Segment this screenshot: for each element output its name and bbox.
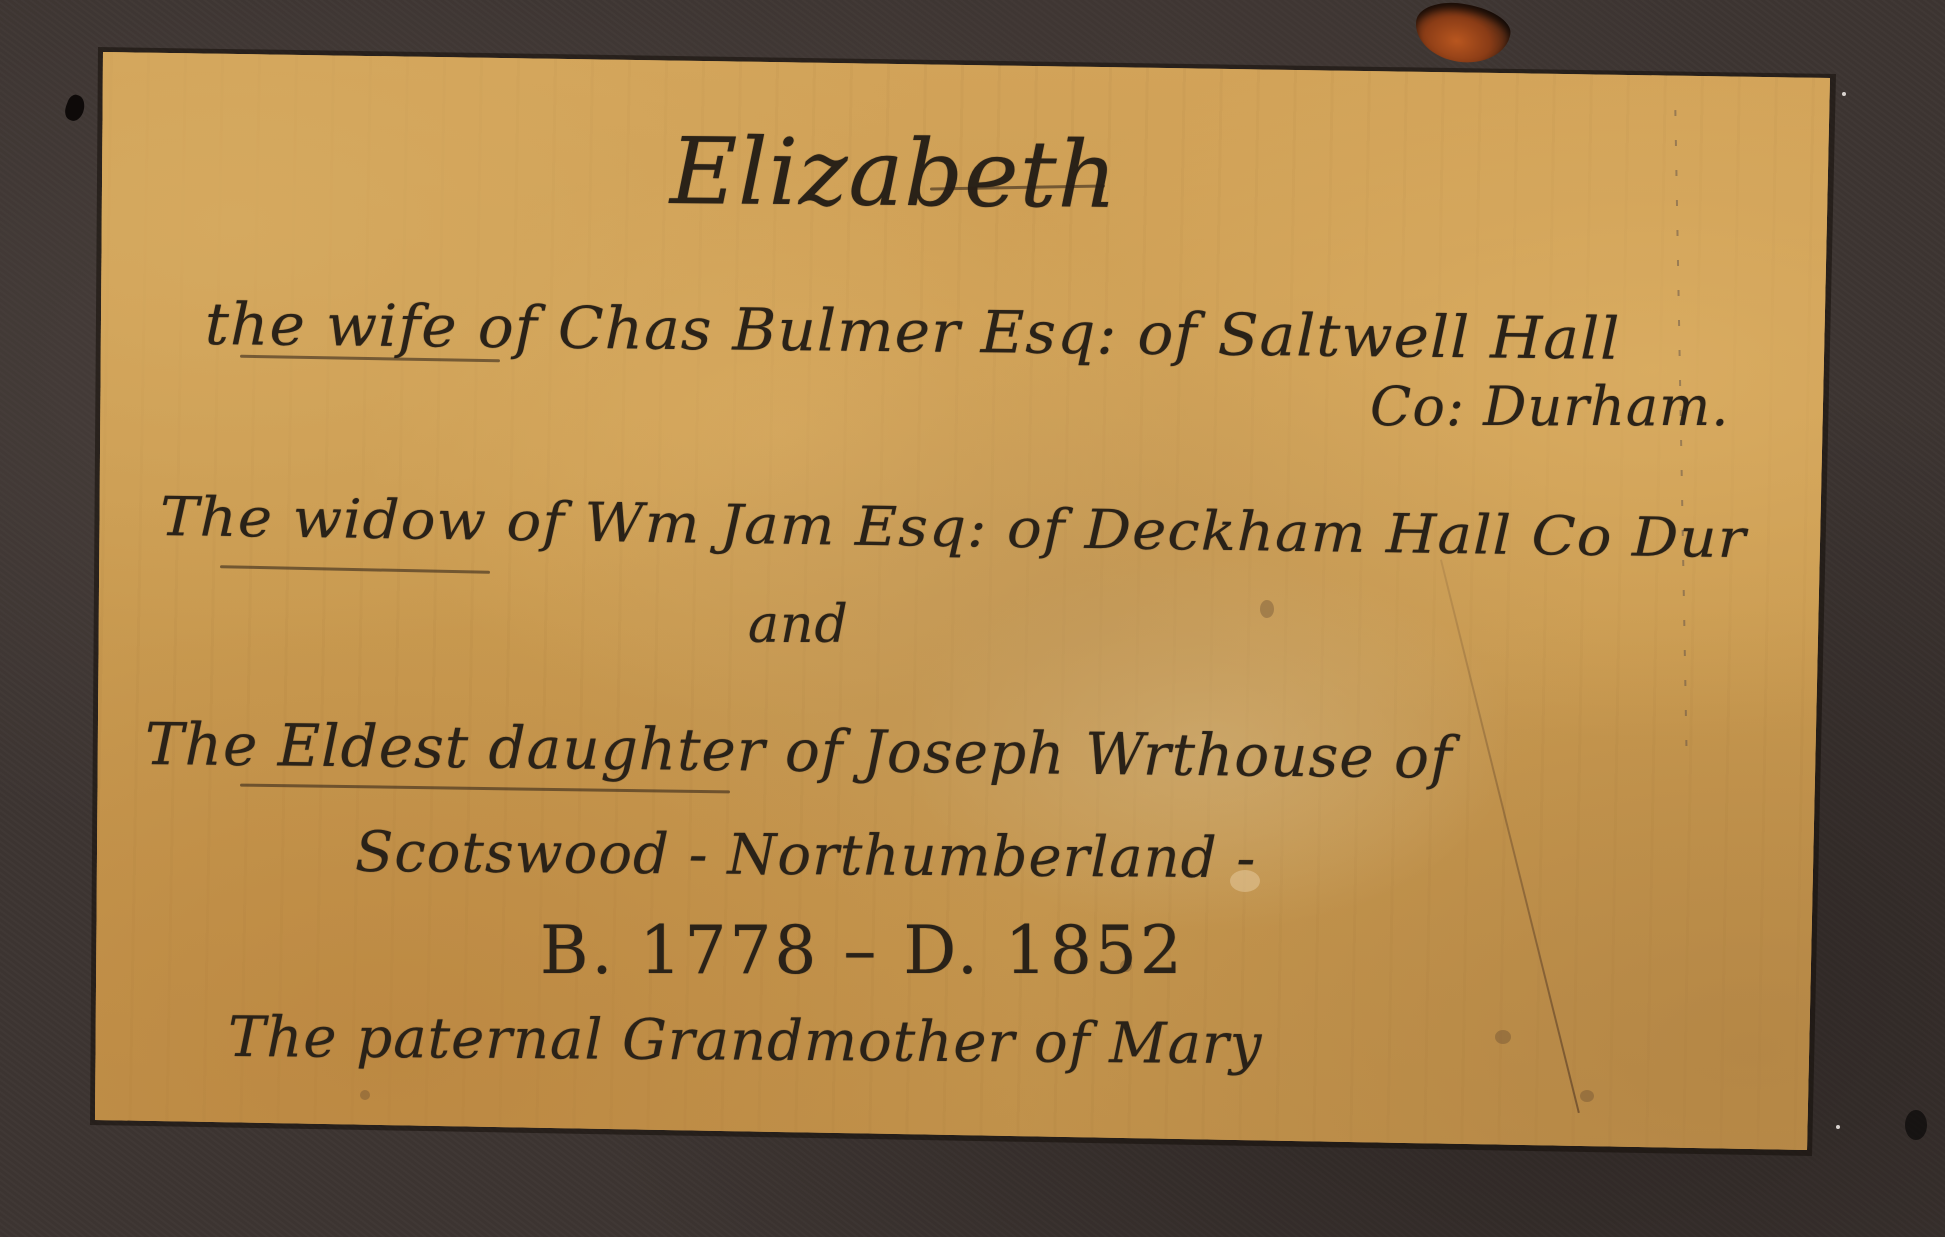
underline-widow [220, 565, 490, 574]
mount-stain [1905, 1110, 1927, 1140]
line-dates: B. 1778 – D. 1852 [540, 912, 1185, 989]
foxing-spot [360, 1090, 370, 1100]
line-eldest-daughter: The Eldest daughter of Joseph Wrthouse o… [145, 710, 1453, 792]
underline-daughter [240, 784, 730, 794]
foxing-spot [1495, 1030, 1511, 1044]
line-place: Scotswood - Northumberland - [355, 820, 1257, 891]
handwritten-label: Elizabeth the wife of Chas Bulmer Esq: o… [0, 0, 1945, 1237]
mount-hole [62, 93, 88, 124]
line-county-durham: Co: Durham. [1370, 375, 1729, 438]
paper-crease [1440, 560, 1580, 1114]
foxing-spot [1580, 1090, 1594, 1102]
foxing-spot [1260, 600, 1274, 618]
line-relation: The paternal Grandmother of Mary [228, 1005, 1263, 1077]
name-heading: Elizabeth [670, 118, 1119, 229]
torn-mount-spot [1411, 0, 1513, 68]
mount-fleck [1842, 92, 1846, 96]
mount-fleck [1836, 1125, 1840, 1129]
line-widow-of: The widow of Wm Jam Esq: of Deckham Hall… [160, 485, 1747, 570]
line-and: and [748, 595, 849, 655]
